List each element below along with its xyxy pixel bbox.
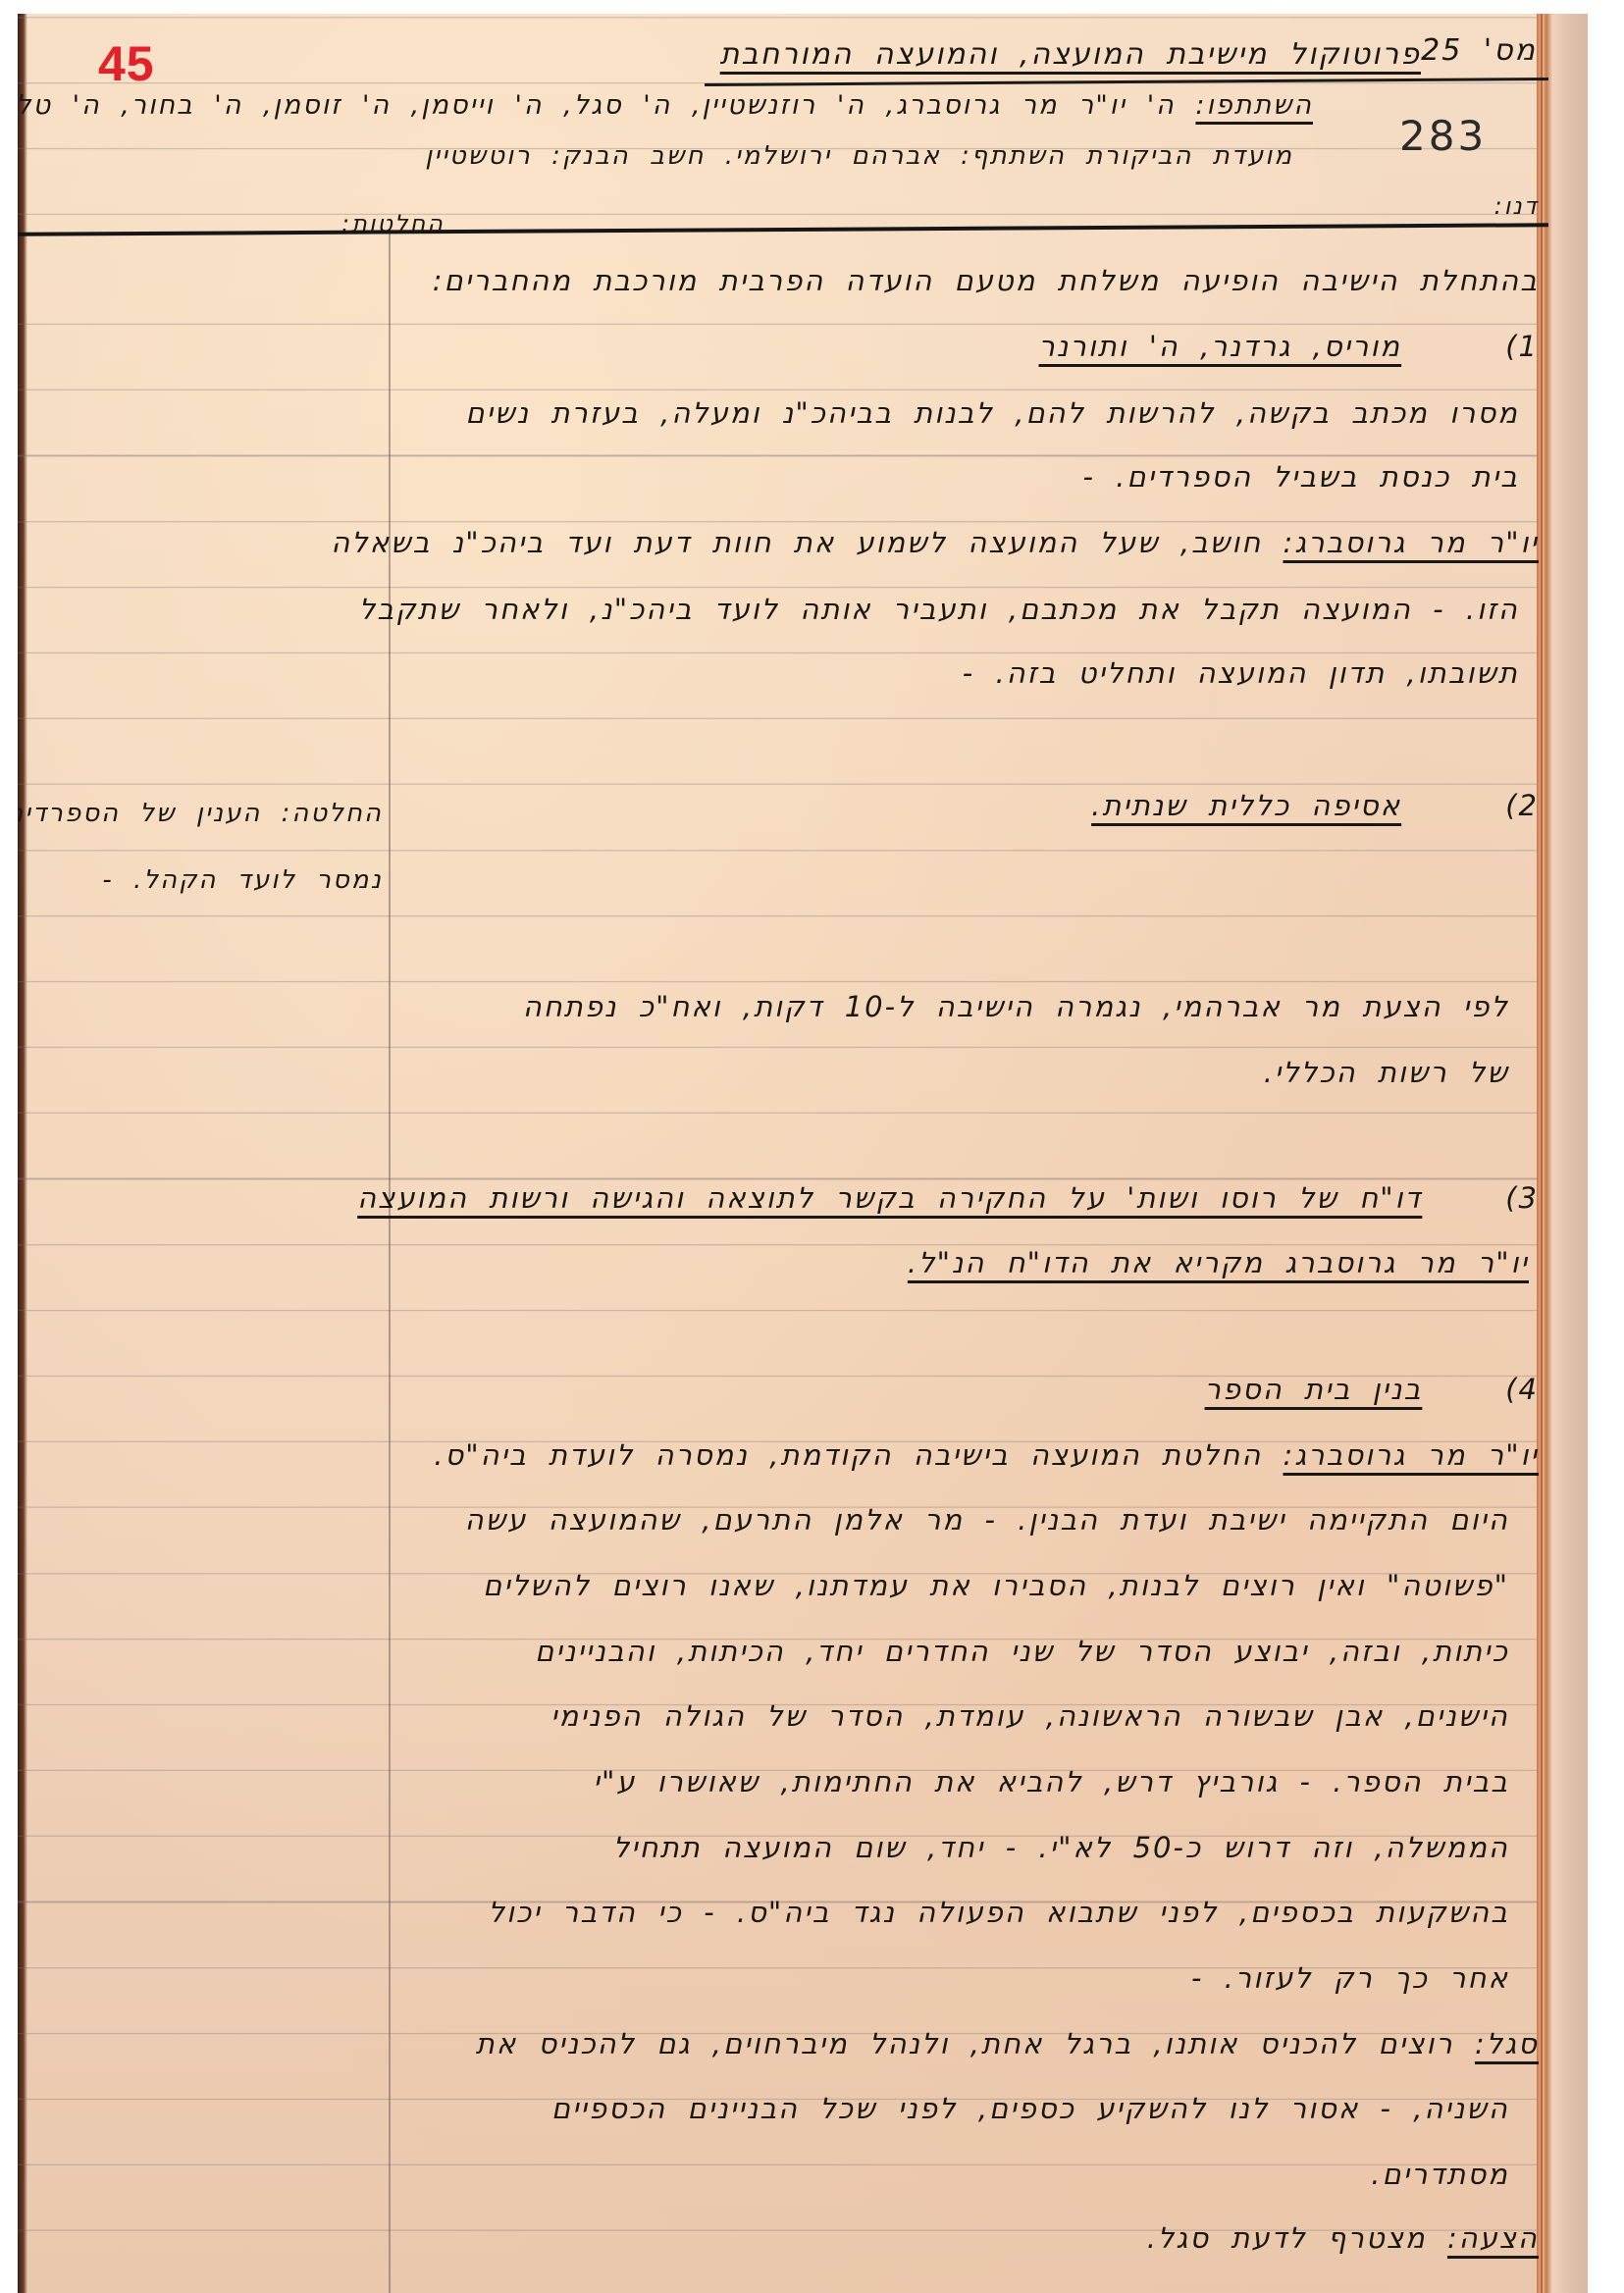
- item-heading: בנין בית הספר: [1205, 1373, 1423, 1406]
- meeting-number: מס' 25: [1421, 33, 1537, 68]
- item-4-line-5: הישנים, אבן שבשורה הראשונה, עומדת, הסדר …: [550, 1699, 1509, 1733]
- item-1-line-1: מסרו מכתב בקשה, להרשות להם, לבנות בביהכ"…: [465, 396, 1519, 430]
- margin-note-line-2: נמסר לועד הקהל. -: [20, 865, 383, 895]
- archive-page-number: 45: [98, 35, 155, 92]
- item-heading: אסיפה כללית שנתית.: [1091, 789, 1401, 822]
- segal-line-2: השניה, - אסור לנו להשקיע כספים, לפני שכל…: [551, 2092, 1509, 2125]
- speaker-label: יו"ר מר גרוסברג:: [1283, 526, 1540, 559]
- item-heading: דו"ח של רוסו ושות' על החקירה בקשר לתוצאה…: [357, 1181, 1422, 1215]
- item-number: 4): [1505, 1373, 1539, 1406]
- intro-text: בהתחלת הישיבה הופיעה משלחת מטעם הועדה הפ…: [433, 264, 1539, 297]
- item-1-speaker-line-1: יו"ר מר גרוסברג: חושב, שעל המועצה לשמוע …: [331, 526, 1539, 559]
- agenda-item-3: 3) דו"ח של רוסו ושות' על החקירה בקשר לתו…: [357, 1181, 1539, 1215]
- item-4-line-2: היום התקיימה ישיבת ועדת הבנין. - מר אלמן…: [465, 1503, 1509, 1537]
- speaker-label: יו"ר מר גרוסברג:: [1283, 1438, 1540, 1472]
- book-binding-edge: [1537, 14, 1588, 2293]
- decisions-label: החלטות:: [341, 210, 445, 237]
- margin-note-line-1: החלטה: הענין של הספרדים: [20, 799, 383, 828]
- item-4-line-8: בהשקעות בכספים, לפני שתבוא הפעולה נגד בי…: [489, 1896, 1509, 1929]
- item-4-line-4: כיתות, ובזה, יבוצע הסדר של שני החדרים יח…: [535, 1635, 1509, 1668]
- item-2-line-2: של רשות הכללי.: [1264, 1056, 1509, 1089]
- segal-line-3: מסתדרים.: [1371, 2158, 1509, 2191]
- ledger-page-number: 283: [1399, 112, 1487, 160]
- speaker-label: סגל:: [1475, 2027, 1539, 2060]
- item-number: 3): [1505, 1181, 1539, 1215]
- item-2-line-1: לפי הצעת מר אברהמי, נגמרה הישיבה ל-10 דק…: [523, 990, 1509, 1023]
- item-1-speaker-line-3: תשובתו, תדון המועצה ותחליט בזה. -: [963, 656, 1519, 690]
- item-4-line-9: אחר כך רק לעזור. -: [1191, 1961, 1509, 1995]
- agenda-label: דנו:: [1494, 192, 1539, 220]
- item-3-line-1: יו"ר מר גרוסברג מקריא את הדו"ח הנ"ל.: [908, 1246, 1529, 1279]
- proposal-text: מצטרף לדעת סגל.: [1147, 2221, 1427, 2255]
- participants-line: השתתפו: ה' יו"ר מר גרוסברג, ה' רוזנשטיין…: [18, 90, 1313, 121]
- item-number: 1): [1505, 330, 1539, 363]
- agenda-item-2: 2) אסיפה כללית שנתית.: [1091, 789, 1539, 822]
- segal-line-1: סגל: רוצים להכניס אותנו, ברגל אחת, ולנהל…: [476, 2027, 1539, 2060]
- participants-list: ה' יו"ר מר גרוסברג, ה' רוזנשטיין, ה' סגל…: [18, 90, 1176, 121]
- item-4-line-6: בבית הספר. - גורביץ דרש, להביא את החתימו…: [593, 1765, 1509, 1798]
- item-heading: מוריס, גרדנר, ה' ותורנר: [1039, 330, 1402, 363]
- scanned-ledger-page: 45 283 מס' 25 פרוטוקול מישיבת המועצה, וה…: [18, 14, 1588, 2293]
- item-1-line-2: בית כנסת בשביל הספרדים. -: [1082, 460, 1519, 494]
- proposal-label: הצעה:: [1447, 2221, 1539, 2255]
- item-4-speaker-line-1: יו"ר מר גרוסברג: החלטת המועצה בישיבה הקו…: [434, 1438, 1539, 1472]
- item-4-line-7: הממשלה, וזה דרוש כ-50 לא"י. - יחד, שום ה…: [613, 1831, 1509, 1864]
- document-title: פרוטוקול מישיבת המועצה, והמועצה המורחבת: [720, 37, 1421, 72]
- header-divider: [18, 223, 1548, 236]
- agenda-item-4: 4) בנין בית הספר: [1205, 1373, 1539, 1406]
- observers-line: מועדת הביקורת השתתף: אברהם ירושלמי. חשב …: [425, 141, 1293, 171]
- proposal-line: הצעה: מצטרף לדעת סגל.: [1147, 2221, 1539, 2255]
- title-underline: [705, 78, 1548, 86]
- participants-label: השתתפו:: [1195, 90, 1313, 121]
- item-1-speaker-line-2: הזו. - המועצה תקבל את מכתבם, ותעביר אותה…: [359, 593, 1519, 626]
- agenda-item-1: 1) מוריס, גרדנר, ה' ותורנר: [1039, 330, 1540, 363]
- item-4-line-3: "פשוטה" ואין רוצים לבנות, הסבירו את עמדת…: [483, 1569, 1509, 1602]
- item-number: 2): [1505, 789, 1539, 822]
